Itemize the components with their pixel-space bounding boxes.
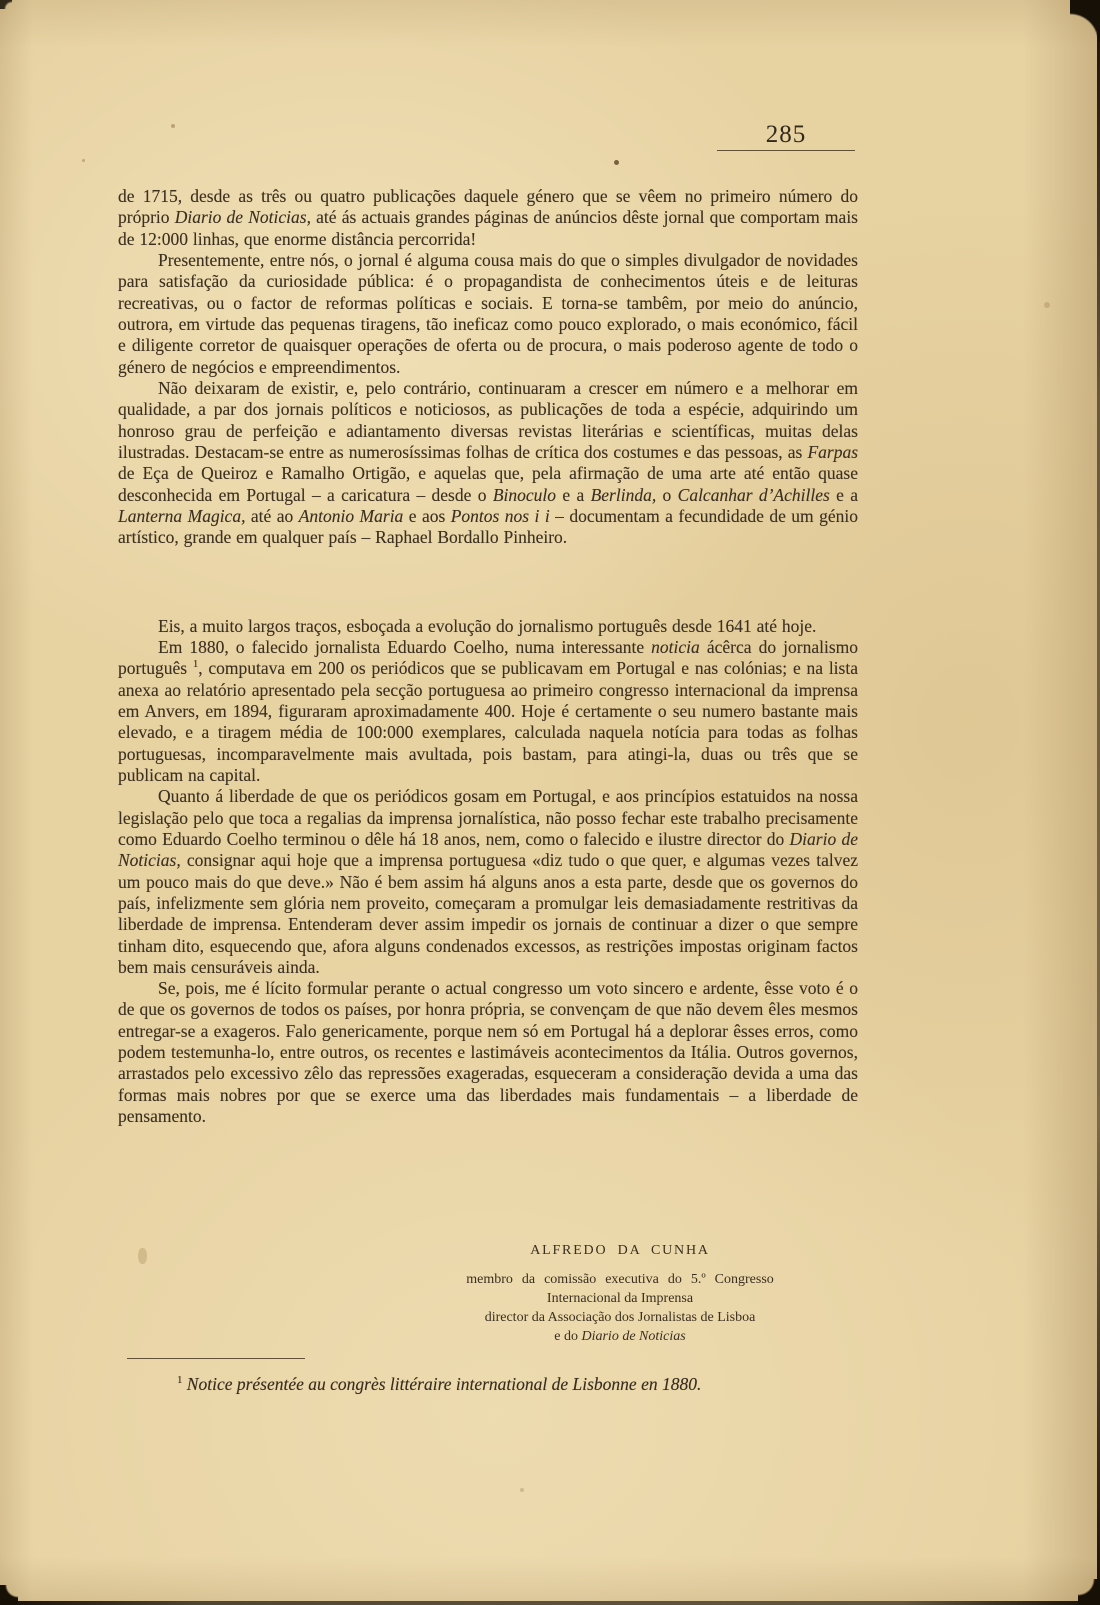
author-name: ALFREDO DA CUNHA [250,1243,990,1259]
book-page: 285 de 1715, desde as três ou quatro pub… [0,0,1100,1605]
signature-title-line: Internacional da Imprensa [250,1289,990,1308]
paper-speck [82,159,85,162]
paragraph: Quanto á liberdade de que os periódicos … [118,786,858,978]
paper-speck [171,124,175,128]
page-corner-bottom-left [0,1585,18,1605]
footnote-separator-rule [127,1358,305,1359]
signature-titles: membro da comissão executiva do 5.º Cong… [250,1270,990,1346]
signature-title-line: director da Associação dos Jornalistas d… [250,1308,990,1327]
signature-title-line: e do Diario de Noticias [250,1327,990,1346]
paper-speck [520,1488,524,1492]
page-corner-top-right [1070,0,1100,42]
page-corner-top-left [0,0,12,9]
paper-speck [614,160,619,165]
page-edge-bottom [0,1601,1100,1605]
footnote-text: Notice présentée au congrès littéraire i… [187,1374,702,1394]
footnote-marker: 1 [177,1374,182,1386]
paragraph: de 1715, desde as três ou quatro publica… [118,186,858,250]
page-number: 285 [717,121,855,148]
paragraph: Presentemente, entre nós, o jornal é alg… [118,250,858,378]
page-corner-bottom-right [1078,1579,1100,1605]
signature-title-line: membro da comissão executiva do 5.º Cong… [250,1270,990,1289]
footnote: 1 Notice présentée au congrès littéraire… [118,1372,858,1396]
paragraph: Se, pois, me é lícito formular perante o… [118,978,858,1127]
paper-speck [1044,302,1050,308]
paper-speck [138,1248,147,1264]
signature-block: ALFREDO DA CUNHA membro da comissão exec… [250,1243,990,1346]
paragraph: Não deixaram de existir, e, pelo contrár… [118,378,858,549]
paragraph: Em 1880, o falecido jornalista Eduardo C… [118,637,858,786]
body-text: de 1715, desde as três ou quatro publica… [118,186,858,1226]
paragraph: Eis, a muito largos traços, esboçada a e… [118,616,858,637]
page-header: 285 [717,121,855,151]
page-number-rule [717,150,855,151]
